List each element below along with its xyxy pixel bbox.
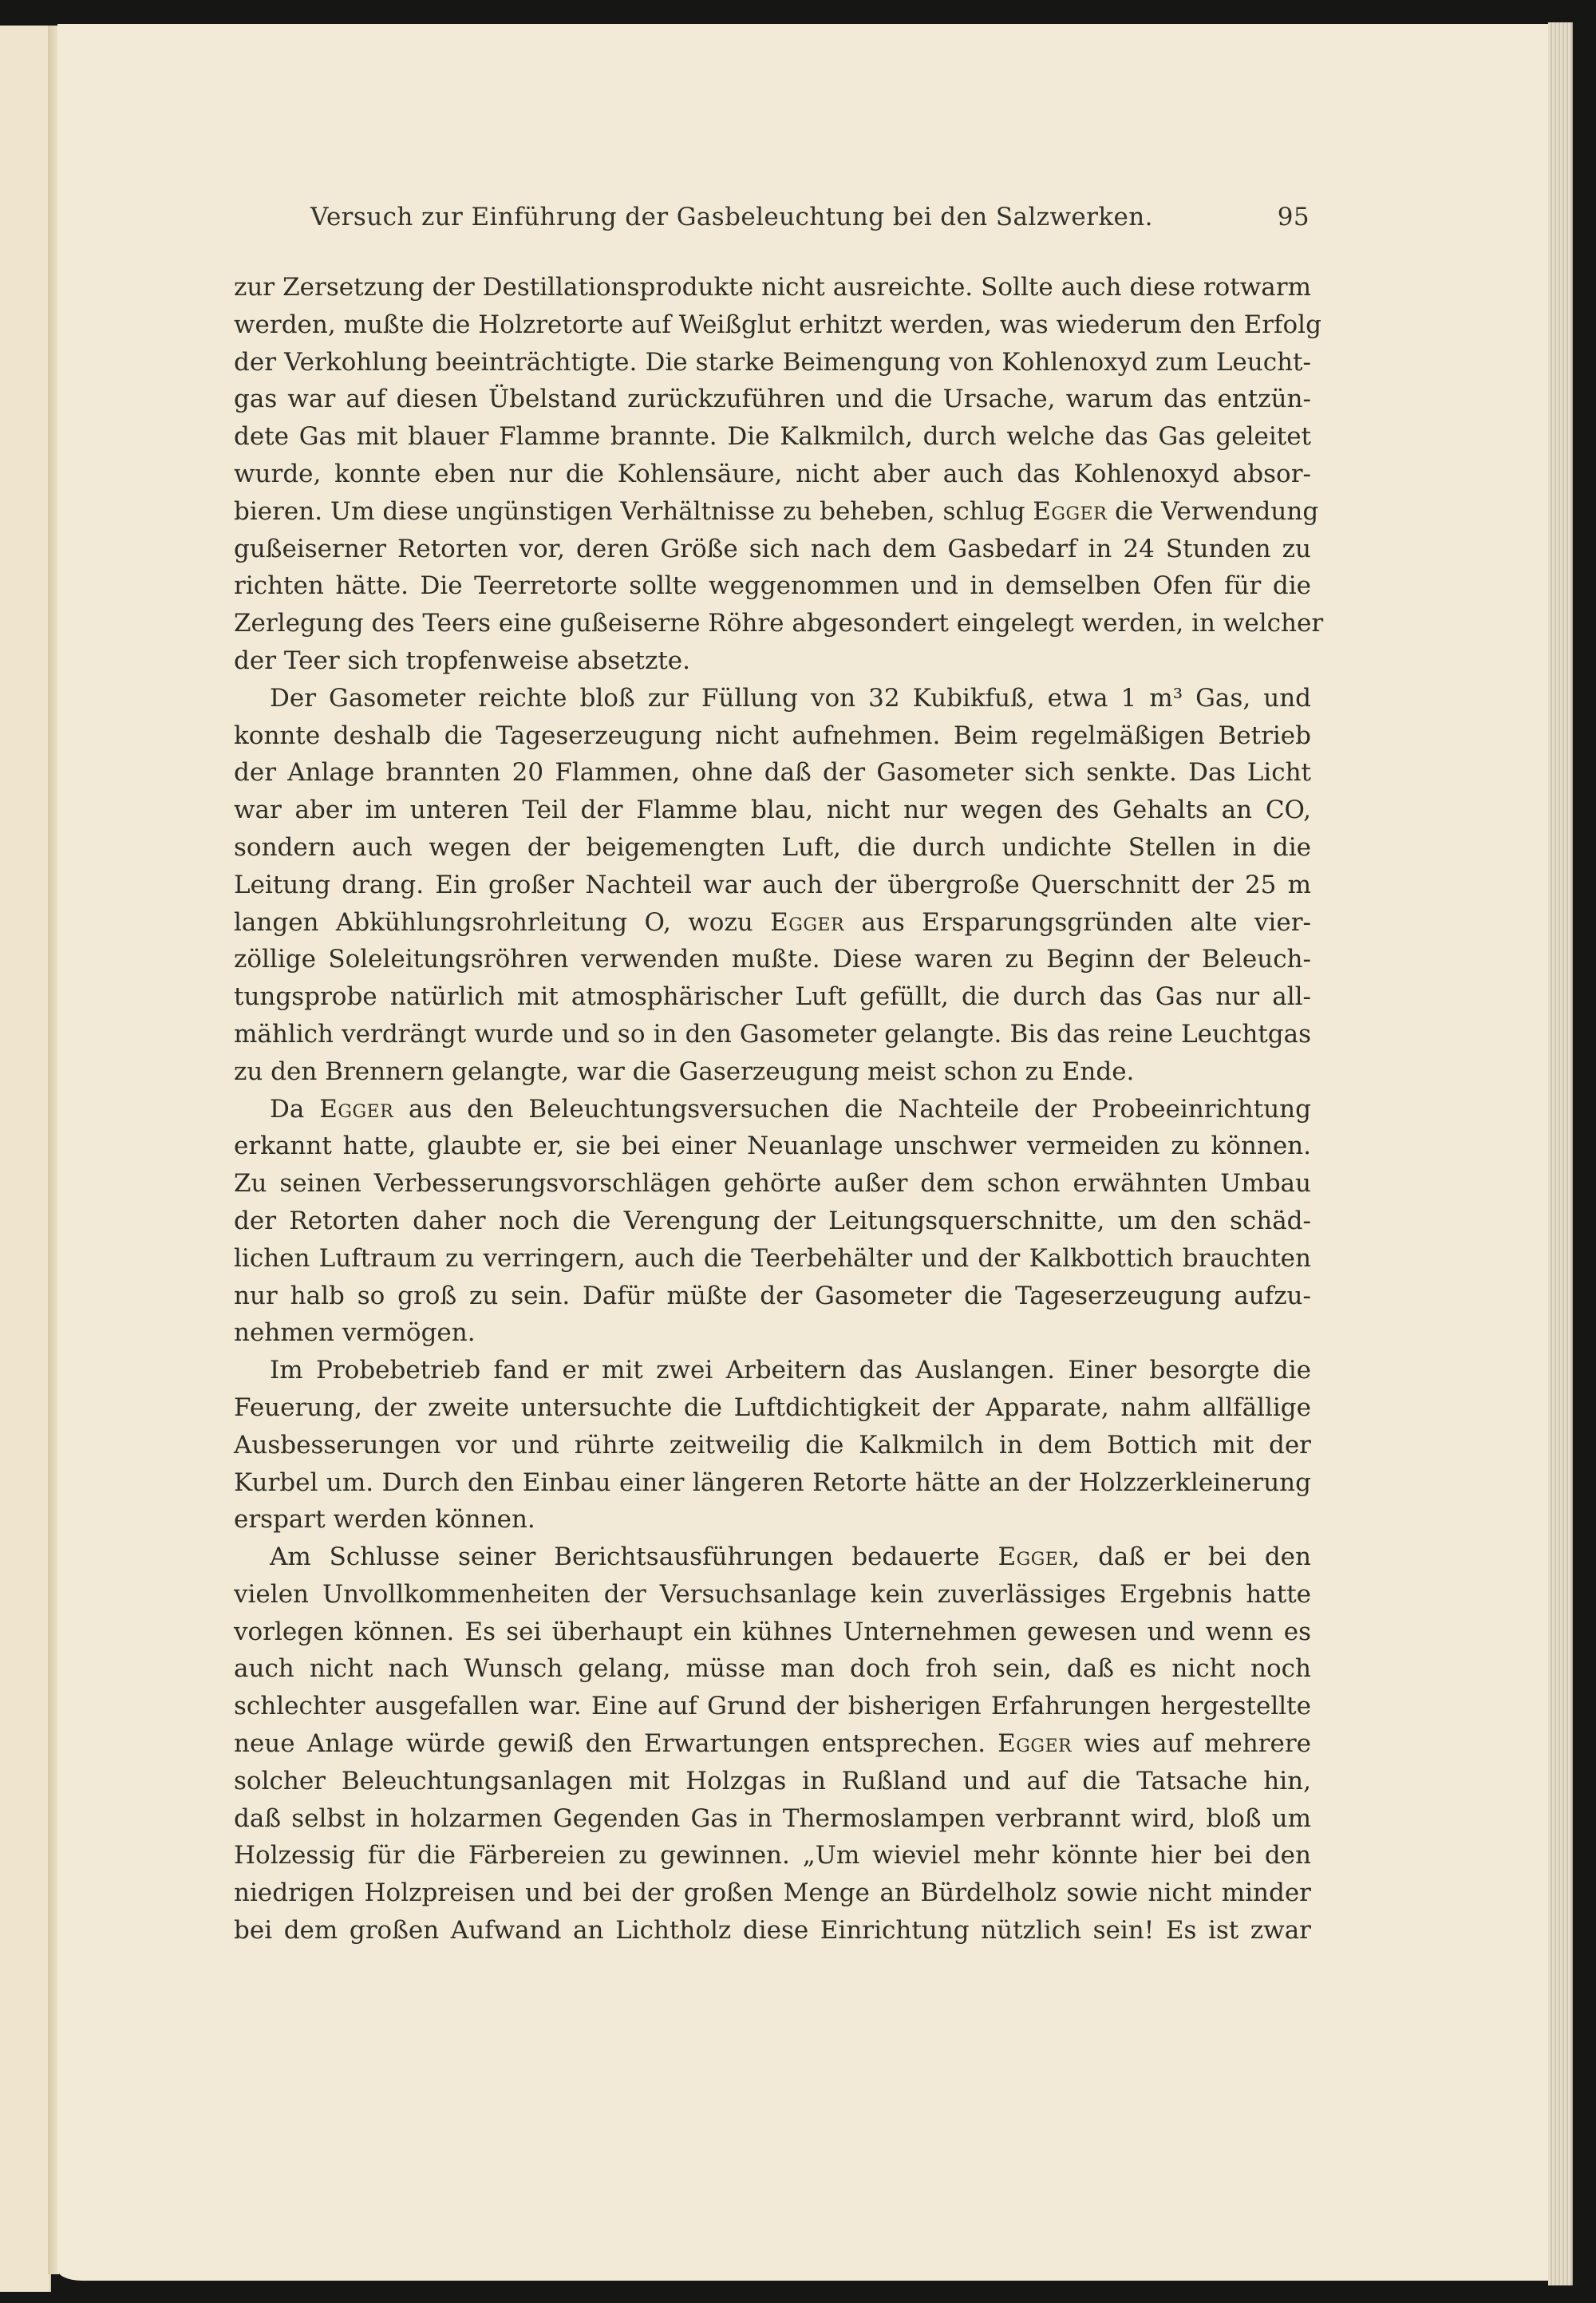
author-name-smallcaps: Egger	[770, 908, 844, 937]
body-text: zur Zersetzung der Destillationsprodukte…	[234, 269, 1311, 1949]
running-header: Versuch zur Einführung der Gasbeleuchtun…	[310, 203, 1310, 243]
text-line: Ausbesserungen vor und rührte zeitweilig…	[234, 1427, 1311, 1464]
text-line: vielen Unvollkommenheiten der Versuchsan…	[234, 1576, 1311, 1614]
text-line: nur halb so groß zu sein. Dafür müßte de…	[234, 1278, 1311, 1315]
text-line: Kurbel um. Durch den Einbau einer länger…	[234, 1464, 1311, 1502]
text-line: dete Gas mit blauer Flamme brannte. Die …	[234, 418, 1311, 456]
author-name-smallcaps: Egger	[997, 1729, 1072, 1758]
text-line: Der Gasometer reichte bloß zur Füllung v…	[234, 680, 1311, 717]
text-line: solcher Beleuchtungsanlagen mit Holzgas …	[234, 1763, 1311, 1800]
text-line: der Retorten daher noch die Verengung de…	[234, 1203, 1311, 1240]
text-line: war aber im unteren Teil der Flamme blau…	[234, 792, 1311, 829]
text-line: der Anlage brannten 20 Flammen, ohne daß…	[234, 754, 1311, 792]
running-title: Versuch zur Einführung der Gasbeleuchtun…	[310, 203, 1153, 231]
author-name-smallcaps: Egger	[1033, 497, 1107, 526]
author-name-smallcaps: Egger	[319, 1095, 393, 1124]
text-line: bieren. Um diese ungünstigen Verhältniss…	[234, 493, 1311, 531]
text-line: neue Anlage würde gewiß den Erwartungen …	[234, 1725, 1311, 1763]
page-number: 95	[1278, 203, 1310, 231]
text-line: konnte deshalb die Tageserzeugung nicht …	[234, 717, 1311, 755]
text-line: vorlegen können. Es sei überhaupt ein kü…	[234, 1614, 1311, 1651]
text-line: richten hätte. Die Teerretorte sollte we…	[234, 567, 1311, 605]
text-line: Zu seinen Verbesserungsvorschlägen gehör…	[234, 1165, 1311, 1203]
text-line: erkannt hatte, glaubte er, sie bei einer…	[234, 1128, 1311, 1165]
text-line: schlechter ausgefallen war. Eine auf Gru…	[234, 1688, 1311, 1725]
text-line: erspart werden können.	[234, 1501, 1311, 1539]
text-line: Im Probebetrieb fand er mit zwei Arbeite…	[234, 1352, 1311, 1389]
text-line: zöllige Soleleitungsröhren verwenden muß…	[234, 941, 1311, 978]
text-line: bei dem großen Aufwand an Lichtholz dies…	[234, 1912, 1311, 1949]
author-name-smallcaps: Egger	[997, 1543, 1072, 1571]
text-line: der Verkohlung beeinträchtigte. Die star…	[234, 344, 1311, 381]
text-line: tungsprobe natürlich mit atmosphärischer…	[234, 978, 1311, 1016]
text-line: Holzessig für die Färbereien zu gewinnen…	[234, 1837, 1311, 1874]
text-line: Feuerung, der zweite untersuchte die Luf…	[234, 1389, 1311, 1427]
facing-page-edge	[0, 26, 51, 2292]
text-line: zu den Brennern gelangte, war die Gaserz…	[234, 1053, 1311, 1091]
text-line: wurde, konnte eben nur die Kohlensäure, …	[234, 456, 1311, 493]
text-line: Leitung drang. Ein großer Nachteil war a…	[234, 867, 1311, 904]
text-line: auch nicht nach Wunsch gelang, müsse man…	[234, 1650, 1311, 1688]
text-line: daß selbst in holzarmen Gegenden Gas in …	[234, 1800, 1311, 1838]
text-line: sondern auch wegen der beigemengten Luft…	[234, 829, 1311, 867]
text-line: nehmen vermögen.	[234, 1314, 1311, 1352]
text-line: langen Abkühlungsrohrleitung O, wozu Egg…	[234, 904, 1311, 942]
text-line: lichen Luftraum zu verringern, auch die …	[234, 1240, 1311, 1278]
page-stack-edges	[1548, 22, 1573, 2285]
text-line: gas war auf diesen Übelstand zurückzufüh…	[234, 381, 1311, 418]
text-line: werden, mußte die Holzretorte auf Weißgl…	[234, 306, 1311, 344]
text-line: der Teer sich tropfenweise absetzte.	[234, 642, 1311, 680]
text-line: mählich verdrängt wurde und so in den Ga…	[234, 1016, 1311, 1053]
text-line: Zerlegung des Teers eine gußeiserne Röhr…	[234, 605, 1311, 642]
text-line: zur Zersetzung der Destillationsprodukte…	[234, 269, 1311, 306]
text-line: Am Schlusse seiner Berichtsausführungen …	[234, 1539, 1311, 1576]
text-line: Da Egger aus den Beleuchtungsversuchen d…	[234, 1091, 1311, 1128]
text-line: niedrigen Holzpreisen und bei der großen…	[234, 1874, 1311, 1912]
text-line: gußeiserner Retorten vor, deren Größe si…	[234, 531, 1311, 568]
